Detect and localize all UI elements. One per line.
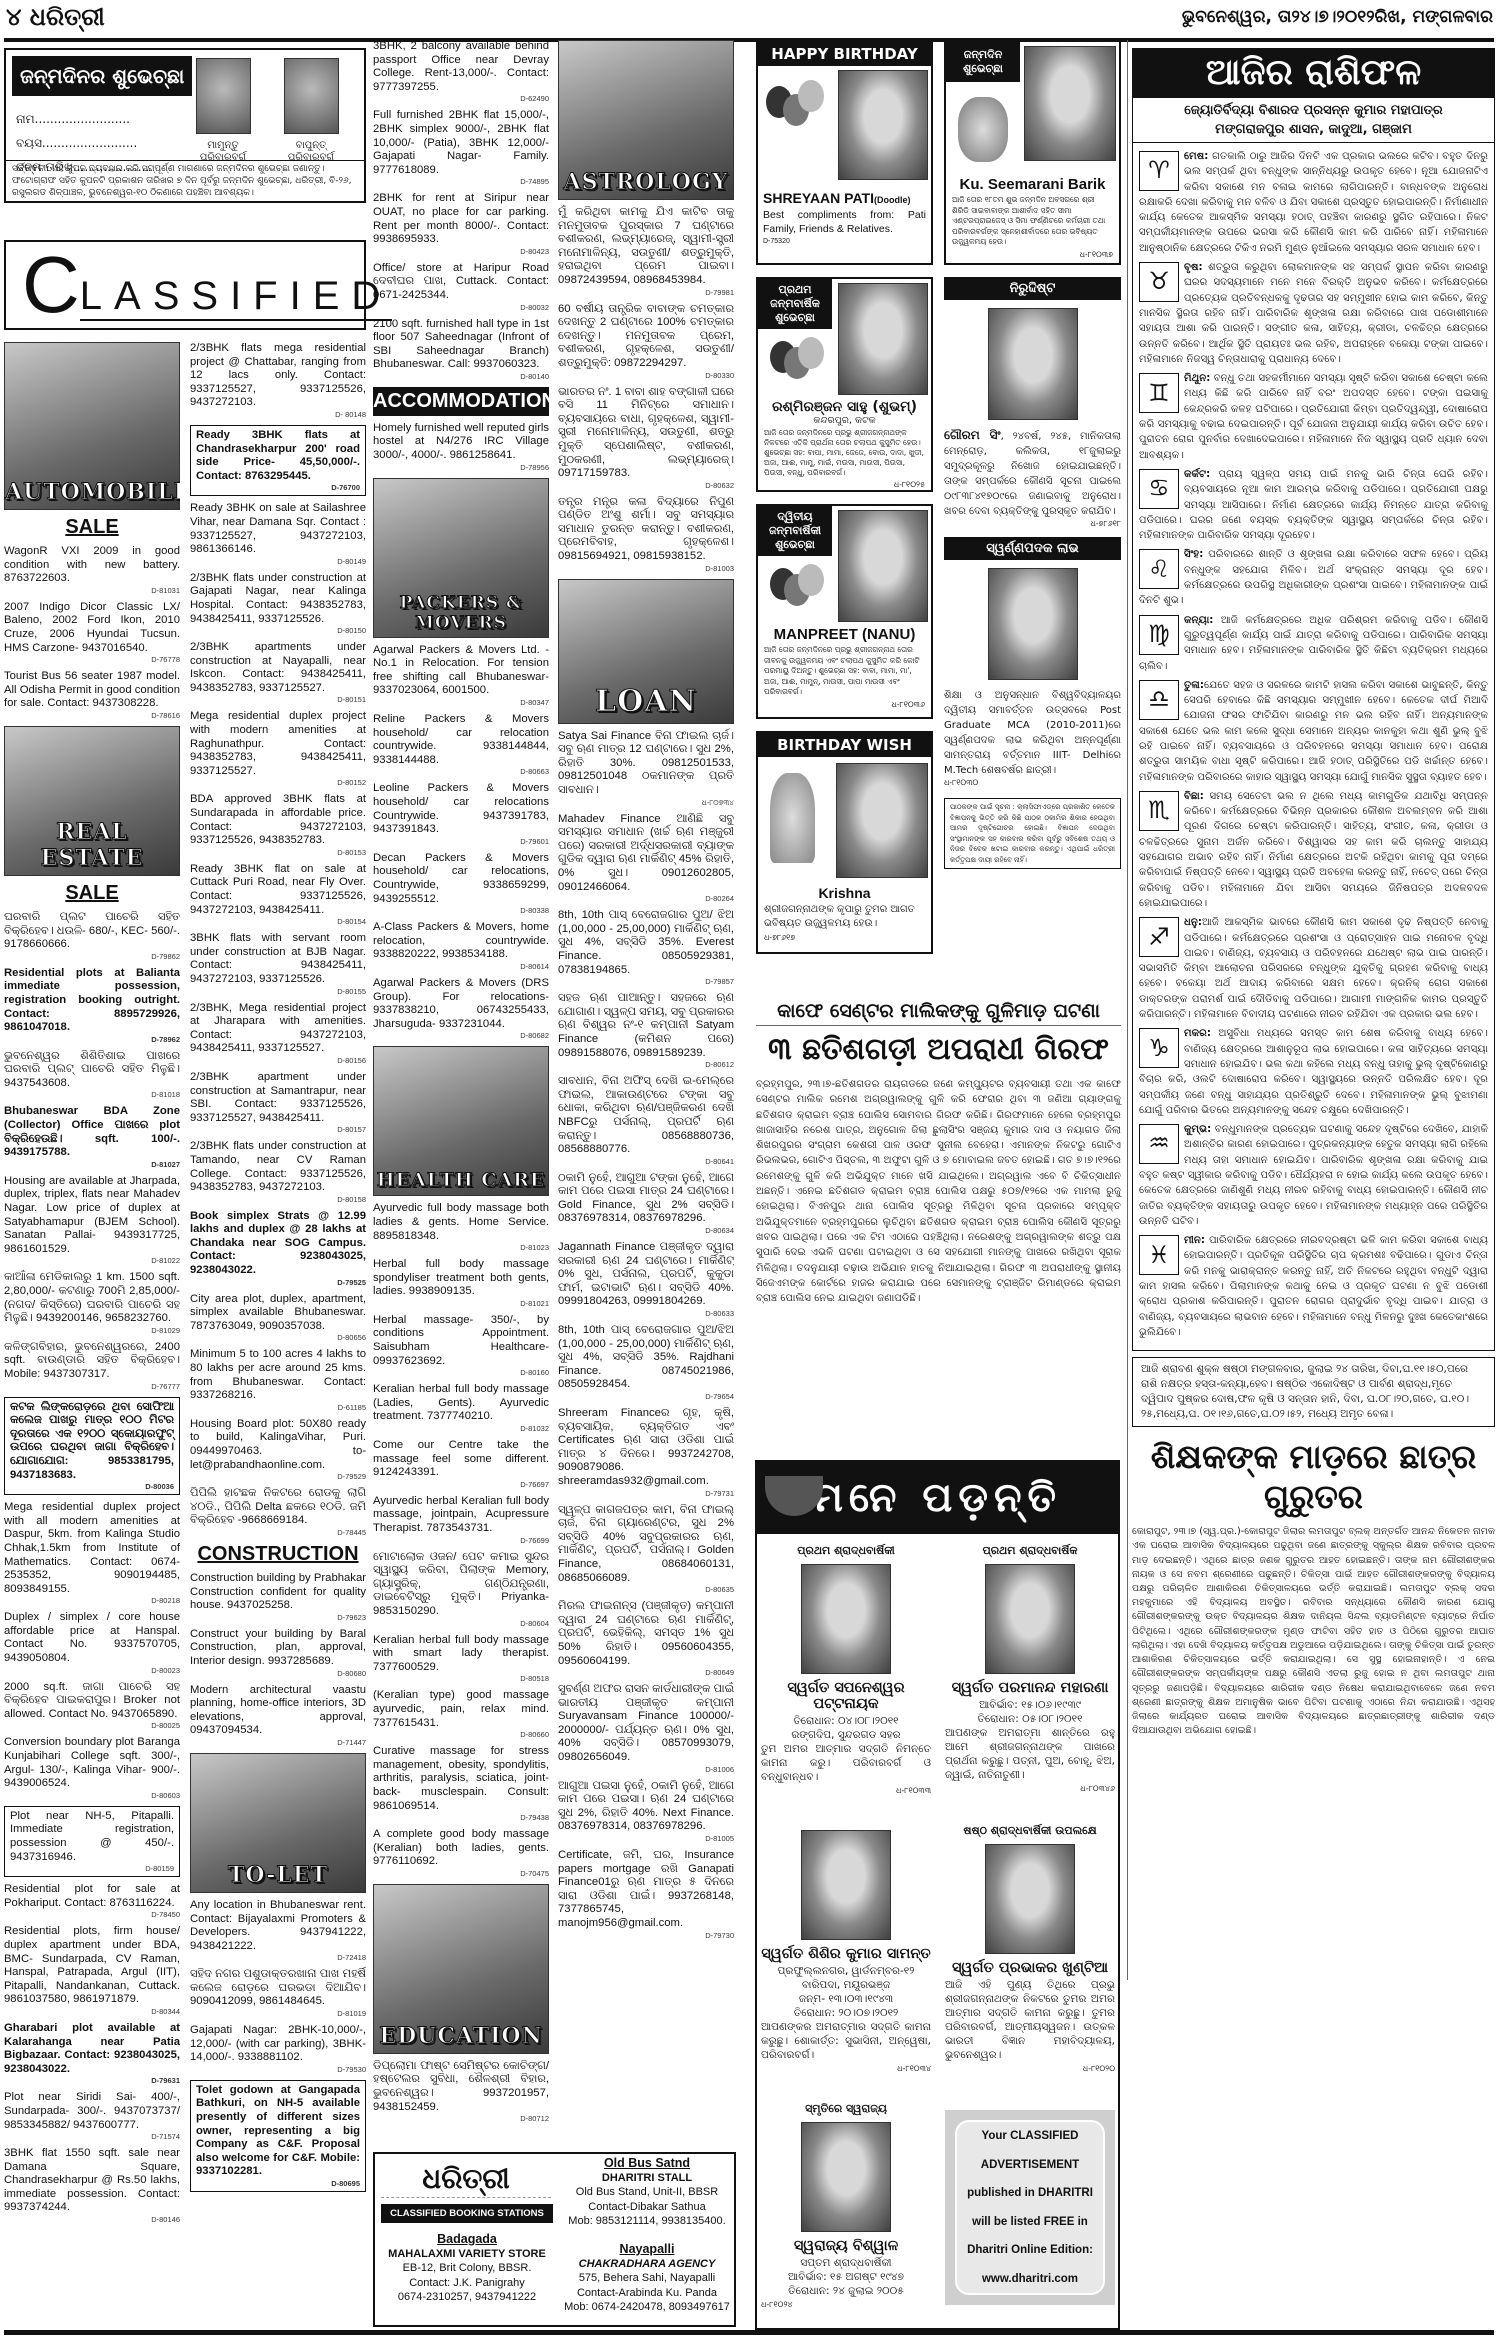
birthday-wish-ad: BIRTHDAY WISH Krishna ଶ୍ରୀଜଗନ୍ନାଥଙ୍କ କୃପ… (756, 731, 933, 954)
sign-name: ବୃଷ: (1184, 262, 1203, 273)
obituary: ସ୍ମୃତିରେ ସ୍ୱରାଜ୍ୟ ସ୍ୱରାଜ୍ୟ ବିଶ୍ୱାଳ ସପ୍ତମ… (761, 2102, 931, 2312)
classified-ad: Mega residential duplex project with mod… (190, 710, 366, 787)
ad-code: D-80632 (558, 481, 734, 490)
ad-code: D-80695 (196, 2179, 360, 2188)
graduate-photo (988, 568, 1078, 680)
automobile-image: AUTOMOBILE (4, 342, 180, 510)
ad-text: 3BHK, 2 balcony available behind passpor… (373, 40, 549, 93)
zodiac-sign-icon: ♑ (1139, 1028, 1179, 1068)
ad-text: Residential plots, firm house/ duplex ap… (4, 1925, 180, 2005)
horoscope-sign: ♋କର୍କଟ: ପ୍ରାୟ ସ୍ୱଳ୍ପ ସମୟ ପାଇଁ ମନକୁ ଭାରି … (1139, 467, 1488, 543)
sign-name: ମୀନ: (1184, 1235, 1205, 1246)
ad-text: Tolet godown at Gangapada Bathkuri, on N… (196, 2084, 360, 2178)
ad-text: ମୁଁ କରିଥିବା କାମକୁ ଯିଏ କାଟିବ ତାକୁ ମନମୁତାବ… (558, 206, 734, 286)
classified-ad: 3BHK flat 1550 sqft. sale near Damana Sq… (4, 2147, 180, 2224)
ad-text: ଡିପ୍ଲୋମା ଫାଷ୍ଟ ସେମିଷ୍ଟର କୋଚିଙ୍ଗ/ ହଷ୍ଟେଲର… (373, 2060, 549, 2113)
classified-ad: 3BHK, 2 balcony available behind passpor… (373, 40, 549, 103)
ad-code: D-79623 (190, 1613, 366, 1622)
classified-ad: Tolet godown at Gangapada Bathkuri, on N… (190, 2080, 366, 2192)
ad-text: Minimum 5 to 100 acres 4 lakhs to 80 lak… (190, 1348, 366, 1401)
ad-text: Ready 3BHK flat on sale at Cuttack Puri … (190, 863, 366, 916)
ad-text: Satya Sai Finance ବିନା ଫାଇଲ ଚାର୍ଜ। ସବୁ ଋ… (558, 730, 734, 796)
booking-station-badagada: Badagada MAHALAXMI VARIETY STORE EB-12, … (381, 2232, 553, 2305)
ad-text: Agarwal Packers & Movers Ltd. - No.1 in … (373, 644, 549, 697)
missing-person-notice: ନିରୁଦ୍ଦିଷ୍ଟ ଗୌରମ ସିଂ, ୨୪ବର୍ଷ, ୨୪୫, ମାନିକ… (944, 277, 1121, 529)
ad-text: ସହିଦ ନଗର ପଶୁଡାକ୍ତରଖାନା ପାଖ ମହର୍ଷି କଲେଜ ର… (190, 1968, 366, 2007)
classified-ad: ମୁଁ କରିଥିବା କାମକୁ ଯିଏ କାଟିବ ତାକୁ ମନମୁତାବ… (558, 206, 734, 297)
website-link[interactable]: www.dharitri.com (982, 2273, 1078, 2285)
ad-text: Mahadev Finance ଆଣିଛି ସବୁ ସମସ୍ୟାର ସମାଧାନ… (558, 813, 734, 893)
ad-text: Leoline Packers & Movers household/ car … (373, 782, 549, 835)
zodiac-sign-icon: ♐ (1139, 917, 1179, 957)
classified-ad: Residential plots at Balianta immediate … (4, 967, 180, 1044)
ad-code: D-81031 (4, 586, 180, 595)
ad-text: 2000 sq.ft. ଜାଗା ପାଚେରି ସହ ବିକ୍ରିହେବ ପାଇ… (4, 1681, 180, 1720)
classified-ad: Homely furnished well reputed girls host… (373, 422, 549, 472)
ad-text: City area plot, duplex, apartment, simpl… (190, 1293, 366, 1332)
classified-ad: 2BHK for rent at Siripur near OUAT, no p… (373, 192, 549, 255)
ad-text: ଭାରତର ନଂ. 1 ବାବା ଶାହ ବଙ୍ଗାଳୀ ଘରେ ବସି 11 … (558, 386, 734, 480)
ad-code: D-79862 (4, 952, 180, 961)
ad-text: ଠକାମି ନୁହେଁ, ଆଗୁଆ ଟଙ୍କା ନୁହେଁ, ଆଗେ କାମ ପ… (558, 1172, 734, 1225)
classified-ad: ଠକାମି ନୁହେଁ, ଆଗୁଆ ଟଙ୍କା ନୁହେଁ, ଆଗେ କାମ ପ… (558, 1172, 734, 1235)
classified-ad: 2000 sq.ft. ଜାଗା ପାଚେରି ସହ ବିକ୍ରିହେବ ପାଇ… (4, 1681, 180, 1731)
classified-ad: 60 ବର୍ଷୀୟ ତାନ୍ତ୍ରିକ ବାବାଙ୍କ ଚମତ୍କାର ଦେଖନ… (558, 303, 734, 380)
horoscope-sign: ♏ବିଛା: ସମୟ ସେତେଟା ଭଲ ନ ଥିଲେ ମଧ୍ୟ କାମଗୁଡି… (1139, 789, 1488, 911)
sign-forecast: ଆଜି ଆକସ୍ମିକ ଭାବରେ କୌଣସି କାମ ସକାଶେ ଦୃଢ ନି… (1139, 917, 1488, 1020)
ad-code: D-81029 (4, 1326, 180, 1335)
packers-movers-image: PACKERS & MOVERS (373, 478, 549, 638)
horoscope-sign: ♒କୁମ୍ଭ: ବନ୍ଧୁମାନଙ୍କ ପ୍ରତ୍ୟେକ ଘଟଣାକୁ ସନ୍ଦ… (1139, 1122, 1488, 1229)
classified-ad: 8th, 10th ପାସ୍ ବେରୋଜଗାର ପୁଅ/ଝିଅ (1,00,00… (558, 1324, 734, 1401)
ad-code: D-80159 (10, 1864, 174, 1873)
zodiac-sign-icon: ♉ (1139, 262, 1179, 302)
almanac-panjika: ଆଜି ଶ୍ରାବଣ ଶୁକ୍ଳ ଷଷ୍ଠୀ ମଙ୍ଗଳବାର, ଜୁଲାଇ ୨… (1132, 1357, 1495, 1427)
zodiac-sign-icon: ♋ (1139, 469, 1179, 509)
ad-code: D-80518 (373, 1674, 549, 1683)
ad-code: D-78450 (4, 1910, 180, 1919)
coupon-terms: ସର୍ତ୍ତାବଳୀ: ଏହି କୁପନ ବ୍ୟବହାର କରି ସମ୍ପୂର୍… (6, 160, 364, 201)
ad-text: ସ୍ୱଳ୍ପ କାଗଜପତ୍ର କାମ, ବିନା ଫାଇଲ୍ ଚାର୍ଜ, ବ… (558, 1504, 734, 1584)
section-heading-accommodation: ACCOMMODATION (373, 387, 549, 416)
coupon-field-age: ବୟସ......................... (16, 136, 137, 151)
news-headline: ଶିକ୍ଷକଙ୍କ ମାଡ଼ରେ ଛାତ୍ର ଗୁରୁତର (1132, 1437, 1495, 1517)
ad-text: 2/3BHK flats under construction at Taman… (190, 1140, 366, 1193)
ad-code: D-80264 (558, 894, 734, 903)
classified-ad: Bhubaneswar BDA Zone (Collector) Office … (4, 1105, 180, 1168)
classified-ad: 2100 sqft. furnished hall type in 1st fl… (373, 318, 549, 381)
ad-code: D-80680 (190, 1669, 366, 1678)
ad-code: D-76697 (373, 1480, 549, 1489)
horoscope-sign: ♌ସିଂହ: ପରିବାରରେ ଶାନ୍ତି ଓ ଶୃଙ୍ଖଳା ରକ୍ଷା କ… (1139, 547, 1488, 608)
ad-code: D-81021 (373, 1299, 549, 1308)
classified-ad: Office/ store at Haripur Road ଦେବୀଘର ପାଖ… (373, 262, 549, 312)
ad-code: D-80149 (190, 557, 366, 566)
ad-text: ସାବଧାନ, ବିନା ଅଫିସ୍ ଦେଖି ଇ-ମେଲ୍‌ରେ ଫାଇଲ, … (558, 1075, 734, 1155)
ad-text: Agarwal Packers & Movers (DRS Group). Fo… (373, 977, 549, 1030)
ad-code: ଧ-୭୮୬୧୭ (758, 933, 931, 946)
portrait-photo (836, 763, 928, 878)
ad-text: Keralian herbal full body massage (Ladie… (373, 1383, 549, 1422)
ad-text: Certificate, ଜମି, ଘର, Insurance papers m… (558, 1849, 734, 1929)
ad-text: ମୋଟାଲୋକ ଓଜନ/ ପେଟ କମାଇ ସୁନ୍ଦର ସ୍ୱାସ୍ଥ୍ୟ କ… (373, 1551, 549, 1617)
sign-forecast: ବନ୍ଧୁମାନଙ୍କ ପ୍ରତ୍ୟେକ ଘଟଣାକୁ ସନ୍ଦେହ ଦୃଷ୍ଟ… (1139, 1124, 1488, 1227)
ad-code: D-79730 (558, 1931, 734, 1940)
ad-code: D-80025 (4, 1721, 180, 1730)
ad-text: 2BHK for rent at Siripur near OUAT, no p… (373, 192, 549, 245)
classified-ad: 8th, 10th ପାସ୍ ବେରୋଜଗାର ପୁଅ/ ଝିଅ (1,00,0… (558, 909, 734, 986)
ad-code: D-71574 (4, 2132, 180, 2141)
obituary: ସ୍ୱର୍ଗତ ଶିଶିର କୁମାର ସାମନ୍ତ ପ୍ରଫୁଲ୍ଲନଗର, … (761, 1830, 931, 2076)
ad-code: D-75320 (758, 238, 931, 245)
ad-text: Keralian herbal full body massage with s… (373, 1634, 549, 1673)
ad-text: Residential plots at Balianta immediate … (4, 967, 180, 1033)
ad-text: A complete good body massage (Keralian) … (373, 1828, 549, 1867)
classified-ad: Mahadev Finance ଆଣିଛି ସବୁ ସମସ୍ୟାର ସମାଧାନ… (558, 813, 734, 904)
ad-code: D-81019 (190, 2009, 366, 2018)
ad-text: Conversion boundary plot Baranga Kunjabi… (4, 1736, 180, 1789)
ad-code: D-80614 (373, 962, 549, 971)
child-photo (838, 70, 928, 180)
classified-ad: City area plot, duplex, apartment, simpl… (190, 1293, 366, 1343)
ad-code: D-80032 (373, 303, 549, 312)
ad-text: Mega residential duplex project with all… (4, 1501, 180, 1595)
ad-text: 2/3BHK flats under construction at Gajap… (190, 572, 366, 625)
ad-text: ତନ୍ତ୍ର ମନ୍ତ୍ର କଳା ବିଦ୍ୟାରେ ନିପୁଣ ପଣ୍ଡିତ … (558, 496, 734, 562)
ad-code: D-79525 (190, 1278, 366, 1287)
ad-code: D-80712 (373, 2114, 549, 2123)
ad-code: D-76699 (373, 1536, 549, 1545)
classified-ad: Conversion boundary plot Baranga Kunjabi… (4, 1736, 180, 1799)
classified-ad: ପିପିଲି ହାଟଛକ ନିକଟରେ ରୋଡକୁ ଲାଗି ୪୦ଡି., ପି… (190, 1487, 366, 1537)
ad-code: D-80347 (373, 698, 549, 707)
ad-code: D-78445 (190, 1528, 366, 1537)
ad-code: D-74895 (373, 177, 549, 186)
ad-text: 2/3BHK apartments under construction at … (190, 641, 366, 694)
ad-code: ଧ-୮୦୭୩୪ (558, 798, 734, 807)
booking-station-nayapalli: Nayapalli CHAKRADHARA AGENCY 575, Behera… (561, 2242, 733, 2315)
ad-code: D-76778 (4, 655, 180, 664)
classified-ad: Full furnished 2BHK flat 15,000/-, 2BHK … (373, 109, 549, 186)
mane-padanti-obituaries: ମନେ ପଡ଼ନ୍ତି ପ୍ରଥମ ଶ୍ରାଦ୍ଧବାର୍ଷିକୀ ସ୍ୱର୍ଗ… (755, 1460, 1120, 2330)
banner-word: LASSIFIED (80, 274, 393, 321)
classified-ad: କଳିଙ୍ଗବିହାର, ଭୁବନେଶ୍ୱରରେ, 2400 sqft. ବାଉ… (4, 1341, 180, 1391)
balloons-icon (758, 329, 931, 391)
sign-forecast: ଶତ୍ରୁତା କରୁଥିବା ଲୋକମାନଙ୍କ ସହ ସମ୍ପର୍କ ସ୍ଥ… (1139, 262, 1488, 365)
classified-ad: ଭାରତର ନଂ. 1 ବାବା ଶାହ ବଙ୍ଗାଳୀ ଘରେ ବସି 11 … (558, 386, 734, 490)
ad-code: D-79981 (558, 288, 734, 297)
ad-text: Mega residential duplex project with mod… (190, 710, 366, 776)
dateline: ଭୁବନେଶ୍ୱର, ତା୨୪।୭।୨୦୧୨ରିଖ, ମଙ୍ଗଳବାର (1182, 7, 1493, 27)
zodiac-sign-icon: ♏ (1139, 791, 1179, 831)
zodiac-sign-icon: ♈ (1139, 151, 1179, 191)
classified-ad: Book simplex Strats @ 12.99 lakhs and du… (190, 1210, 366, 1287)
ad-text: Ready 3BHK flats at Chandrasekharpur 200… (196, 429, 360, 482)
ad-text: ସୁବର୍ଣ୍ଣ ଅଫର ରାସନ କାର୍ଡଧାରୀଙ୍କ ପାଇଁ ଭାରତ… (558, 1683, 734, 1763)
horoscope-sign: ♓ମୀନ: ପାରିବାରିକ କ୍ଷେତ୍ରରେ ନୀରବଦ୍ରଷ୍ଟା ଭଳ… (1139, 1233, 1488, 1340)
ad-code: D-81003 (558, 564, 734, 573)
ad-code: ଧ-୭୮୬୧୮ (944, 519, 1121, 529)
ad-code: D-80612 (558, 1060, 734, 1069)
classified-ad: Agarwal Packers & Movers (DRS Group). Fo… (373, 977, 549, 1040)
ad-text: Gajapati Nagar: 2BHK-10,000/-, 12,000/- … (190, 2024, 366, 2063)
sign-name: କନ୍ୟା: (1184, 615, 1213, 626)
ad-text: 2100 sqft. furnished hall type in 1st fl… (373, 318, 549, 371)
ad-text: କଟକ ଲିଙ୍କରୋଡ଼ରେ ଥିବା ସୋଫିଆ କଲେଜ ପାଖରୁ ମା… (10, 1401, 174, 1481)
ad-text: Decan Packers & Movers household/ car re… (373, 852, 549, 905)
greetings-column-right: ଜନ୍ମଦିନ ଶୁଭେଚ୍ଛା Ku. Seemarani Barik ଆଜି… (944, 40, 1121, 869)
ad-text: Reline Packers & Movers household/ car r… (373, 713, 549, 766)
ad-text: କଳିଙ୍ଗବିହାର, ଭୁବନେଶ୍ୱରରେ, 2400 sqft. ବାଉ… (4, 1341, 180, 1380)
ad-code: D-80153 (190, 848, 366, 857)
ad-code: D-80218 (4, 1596, 180, 1605)
column-real-estate-construction: 2/3BHK flats mega residential project @ … (190, 342, 366, 2327)
ad-code: D-80344 (4, 2007, 180, 2016)
zodiac-sign-icon: ♌ (1139, 549, 1179, 589)
ad-code: D-80663 (373, 767, 549, 776)
ad-code: D-80641 (558, 1157, 734, 1166)
ad-text: Construct your building by Baral Constru… (190, 1628, 366, 1667)
sample-photo-man (284, 58, 339, 134)
classified-ad: ଡିପ୍ଲୋମା ଫାଷ୍ଟ ସେମିଷ୍ଟର କୋଚିଙ୍ଗ/ ହଷ୍ଟେଲର… (373, 2060, 549, 2123)
ad-code: D-70475 (373, 1869, 549, 1878)
flower-bouquet-icon (770, 773, 815, 863)
horoscope-signs: ♈ମେଷ: ଗତକାଲି ଠାରୁ ଆଜିର ଦିନଟି ଏକ ପ୍ରକାର ଭ… (1132, 143, 1495, 1351)
second-birthday-ad: ଦ୍ୱିତୀୟ ଜନ୍ମବାର୍ଷିକୀ ଶୁଭେଚ୍ଛା MANPREET (… (756, 504, 933, 719)
ad-text: Plot near NH-5, Pitapalli. Immediate reg… (10, 1810, 174, 1863)
ad-text: 2007 Indigo Dicor Classic LX/ Baleno, 20… (4, 601, 180, 654)
ad-code: D-80158 (190, 1195, 366, 1204)
classified-ad: Duplex / simplex / core house affordable… (4, 1611, 180, 1674)
ad-code: D-79529 (190, 1472, 366, 1481)
birthday-coupon: ଜନ୍ମଦିନର ଶୁଭେଚ୍ଛା ନାମ...................… (4, 48, 366, 203)
booking-stations-label: CLASSIFIED BOOKING STATIONS (381, 2204, 553, 2223)
ad-code: D-80656 (190, 1333, 366, 1342)
horoscope-sign: ♉ବୃଷ: ଶତ୍ରୁତା କରୁଥିବା ଲୋକମାନଙ୍କ ସହ ସମ୍ପର… (1139, 260, 1488, 367)
ad-code: D-78956 (373, 463, 549, 472)
page-number-and-paper-name: ୪ ଧରିତ୍ରୀ (6, 3, 105, 31)
ad-text: Plot near Siridi Sai- 400/-, Sundarpada-… (4, 2091, 180, 2130)
gold-medal-notice: ସ୍ୱର୍ଣ୍ଣପଦକ ଲାଭ ଶିକ୍ଷା ଓ ଅନୁସନ୍ଧାନ ବିଶ୍ୱ… (944, 537, 1121, 788)
ad-text: 2/3BHK apartment under construction at S… (190, 1071, 366, 1124)
classified-ad: ଆଗୁଆ ପଇସା ନୁହେଁ, ଠକାମି ନୁହେଁ, ଆଗେ କାମ ପର… (558, 1780, 734, 1843)
zodiac-sign-icon: ♊ (1139, 373, 1179, 413)
ad-text: WagonR VXI 2009 in good condition with n… (4, 545, 180, 584)
classified-ad: ସୁବର୍ଣ୍ଣ ଅଫର ରାସନ କାର୍ଡଧାରୀଙ୍କ ପାଇଁ ଭାରତ… (558, 1683, 734, 1774)
news-body: ବ୍ରହ୍ମପୁର, ୨୩।୭-ଛତିଶଗଡର ରାୟଗଡରେ ଜଣେ କମ୍ପ… (756, 1077, 1121, 1306)
horoscope-sign: ♊ମିଥୁନ: ବନ୍ଧୁ ତଥା ସହକର୍ମୀମାନେ ସମସ୍ୟା ସୃଷ… (1139, 371, 1488, 463)
ad-code: D-80338 (373, 906, 549, 915)
classified-ad: Any location in Bhubaneswar rent. Contac… (190, 1899, 366, 1962)
ad-code: D-78962 (4, 1035, 180, 1044)
ad-text: Any location in Bhubaneswar rent. Contac… (190, 1899, 366, 1952)
classified-ad: Certificate, ଜମି, ଘର, Insurance papers m… (558, 1849, 734, 1940)
sign-name: କୁମ୍ଭ: (1184, 1124, 1211, 1135)
classified-ad: 2/3BHK flats under construction at Gajap… (190, 572, 366, 635)
sign-forecast: ସମୟ ସେତେଟା ଭଲ ନ ଥିଲେ ମଧ୍ୟ କାମଗୁଡିକ ଯଥାବି… (1139, 791, 1488, 909)
real-estate-image: REAL ESTATE (4, 726, 180, 876)
classified-ad: କଟକ ଲିଙ୍କରୋଡ଼ରେ ଥିବା ସୋଫିଆ କଲେଜ ପାଖରୁ ମା… (4, 1397, 180, 1496)
ad-code: D-80633 (558, 1309, 734, 1318)
ad-code: D-80330 (558, 371, 734, 380)
classified-ad: Gajapati Nagar: 2BHK-10,000/-, 12,000/- … (190, 2024, 366, 2074)
ad-code: D-79631 (4, 2076, 180, 2085)
classified-ad: Keralian herbal full body massage (Ladie… (373, 1383, 549, 1433)
ad-text: Duplex / simplex / core house affordable… (4, 1611, 180, 1664)
sign-name: ଧନୁ: (1184, 917, 1202, 928)
ad-code: D-80649 (558, 1668, 734, 1677)
obituary: ପ୍ରଥମ ଶ୍ରାଦ୍ଧବାର୍ଷିକ ସ୍ୱର୍ଗତ ପରମାନନ୍ଦ ମହ… (945, 1544, 1115, 1796)
ad-text: (Keralian type) good massage ayurvedic, … (373, 1689, 549, 1728)
classified-ad: Tourist Bus 56 seater 1987 model. All Od… (4, 670, 180, 720)
classified-ad: Housing are available at Jharpada, duple… (4, 1175, 180, 1266)
sample-photo-child (196, 58, 251, 134)
zodiac-sign-icon: ♎ (1139, 680, 1179, 720)
free-listing-promo: Your CLASSIFIED ADVERTISEMENT published … (945, 2110, 1115, 2305)
obituary-photo (801, 1830, 891, 1940)
greeting-body: Best compliments from: Pati Family, Frie… (758, 206, 931, 238)
column-rent-services: 3BHK, 2 balcony available behind passpor… (373, 40, 549, 2145)
ad-code: D-80023 (4, 1666, 180, 1675)
ad-text: Curative massage for stress management, … (373, 1745, 549, 1811)
ad-text: Homely furnished well reputed girls host… (373, 422, 549, 461)
sign-forecast: ଗତକାଲି ଠାରୁ ଆଜିର ଦିନଟି ଏକ ପ୍ରକାର ଭଲରେ କଟ… (1139, 151, 1488, 254)
classified-ad: Minimum 5 to 100 acres 4 lakhs to 80 lak… (190, 1348, 366, 1411)
ad-code: D-62490 (373, 94, 549, 103)
classified-ad: 3BHK flats with servant room under const… (190, 932, 366, 995)
greeting-body: ଆଜି ତୋର ଜନ୍ମଦିନରେ ପ୍ରଭୁ ଶ୍ରୀଜଗନ୍ନାଥଙ୍କ ନ… (758, 426, 931, 480)
ad-code: D-80660 (373, 1730, 549, 1739)
zodiac-sign-icon: ♍ (1139, 615, 1179, 655)
classified-ad: ମୋଟାଲୋକ ଓଜନ/ ପେଟ କମାଇ ସୁନ୍ଦର ସ୍ୱାସ୍ଥ୍ୟ କ… (373, 1551, 549, 1628)
classified-ad: Ayurvedic full body massage both ladies … (373, 1202, 549, 1252)
ad-text: Herbal massage- 350/-, by conditions App… (373, 1314, 549, 1367)
ad-code: D-81032 (373, 1424, 549, 1433)
bottom-rule (4, 2330, 1494, 2335)
ad-text: Ayurvedic herbal Keralian full body mass… (373, 1495, 549, 1534)
ad-text: BDA approved 3BHK flats at Sundarapada i… (190, 793, 366, 846)
classified-ad: BDA approved 3BHK flats at Sundarapada i… (190, 793, 366, 856)
greeting-name: MANPREET (NANU) (758, 626, 931, 643)
ad-code: D-80604 (373, 1619, 549, 1628)
ad-code: D-81022 (4, 1256, 180, 1265)
ad-code: D-80156 (190, 1056, 366, 1065)
greeting-name: Ku. Seemarani Barik (946, 176, 1119, 193)
ad-code: D-76777 (4, 1382, 180, 1391)
ad-code: D-78616 (4, 711, 180, 720)
horoscope-sign: ♍କନ୍ୟା: ଆଜି କର୍ମକ୍ଷେତ୍ରରେ ଅଧିକ ପରିଶ୍ରମ କ… (1139, 613, 1488, 674)
classified-ad: Leoline Packers & Movers household/ car … (373, 782, 549, 845)
ad-text: Housing Board plot: 50X80 ready to build… (190, 1418, 366, 1471)
classified-ad: ମିରଲ ଫାଇନାନ୍ସ (ପଞ୍ଜୀକୃତ) କମ୍ପାନୀ ଦ୍ୱାରା … (558, 1600, 734, 1677)
horoscope-sign: ♑ମକର: ଅସୁବିଧା ମଧ୍ୟରେ ସମସ୍ତ କାମ ଶେଷ କରିବା… (1139, 1026, 1488, 1118)
classified-ad: 2/3BHK apartments under construction at … (190, 641, 366, 704)
section-heading-sale: SALE (4, 516, 180, 539)
classified-ad: ତନ୍ତ୍ର ମନ୍ତ୍ର କଳା ବିଦ୍ୟାରେ ନିପୁଣ ପଣ୍ଡିତ … (558, 496, 734, 573)
ad-text: ସହଜ ଋଣ ପାଆନ୍ତୁ। ସହଜରେ ଋଣ ଯୋଗାଣ। ସ୍ୱଳ୍ପ ସ… (558, 992, 734, 1058)
classified-ad: WagonR VXI 2009 in good condition with n… (4, 545, 180, 595)
obituary: ଷଷ୍ଠ ଶ୍ରାଦ୍ଧବାର୍ଷିକୀ ଉପଲକ୍ଷେ ସ୍ୱର୍ଗତ ପ୍ର… (945, 1824, 1115, 2076)
classified-ad: Herbal massage- 350/-, by conditions App… (373, 1314, 549, 1377)
ad-text: Bhubaneswar BDA Zone (Collector) Office … (4, 1105, 180, 1158)
section-heading-sale: SALE (4, 882, 180, 905)
horoscope-sign: ♎ତୁଳା:ଯେତେ ସହଜ ଓ ସରଳରେ କାମଟି ହାସଲ କରିବା … (1139, 678, 1488, 785)
ad-code: D-81005 (558, 1834, 734, 1843)
ad-text: Ayurvedic full body massage both ladies … (373, 1202, 549, 1241)
ad-code: D-80151 (190, 695, 366, 704)
gold-medal-text: ଶିକ୍ଷା ଓ ଅନୁସନ୍ଧାନ ବିଶ୍ୱବିଦ୍ୟାଳୟର ଦ୍ୱିତୀ… (944, 688, 1121, 778)
classified-ad: 2/3BHK apartment under construction at S… (190, 1071, 366, 1134)
ad-code: D-80682 (373, 1031, 549, 1040)
flower-icon (958, 97, 1008, 162)
ad-text: ଘରବାରି ପ୍ଲଟ ପାଚେରି ସହିତ ବିକ୍ରିହେବ। ଧଉଳି-… (4, 911, 180, 950)
classified-ad: ସାବଧାନ, ବିନା ଅଫିସ୍ ଦେଖି ଇ-ମେଲ୍‌ରେ ଫାଇଲ, … (558, 1075, 734, 1166)
classified-booking-stations: ଧରିତ୍ରୀ CLASSIFIED BOOKING STATIONS Bada… (373, 2152, 736, 2327)
seemarani-birthday-ad: ଜନ୍ମଦିନ ଶୁଭେଚ୍ଛା Ku. Seemarani Barik ଆଜି… (944, 40, 1121, 265)
ad-text: ପିପିଲି ହାଟଛକ ନିକଟରେ ରୋଡକୁ ଲାଗି ୪୦ଡି., ପି… (190, 1487, 366, 1526)
ad-text: Construction building by Prabhakar Const… (190, 1572, 366, 1611)
greeting-name: ରଶ୍ମିରଞ୍ଜନ ସାହୁ (ଶୁଭମ୍) (758, 399, 931, 415)
ad-text: Housing are available at Jharpada, duple… (4, 1175, 180, 1255)
classified-ad: 2/3BHK, Mega residential project at Jhar… (190, 1002, 366, 1065)
ad-text: 8th, 10th ପାସ୍ ବେରୋଜଗାର ପୁଅ/ ଝିଅ (1,00,0… (558, 909, 734, 975)
greeting-body: ଆଜି ତୋର ୧୮ତମ ଶୁଭ ଜନ୍ମଦିନ ଅବସରରେ ଶ୍ରୀ ଶିର… (946, 193, 1119, 250)
classified-ad: Satya Sai Finance ବିନା ଫାଇଲ ଚାର୍ଜ। ସବୁ ଋ… (558, 730, 734, 807)
ad-code: D-79654 (558, 1392, 734, 1401)
classified-ad: Shreeram Financeର ଗୃହ, କୃଷି, ବ୍ୟବସାୟିକ, … (558, 1407, 734, 1498)
ad-text: Tourist Bus 56 seater 1987 model. All Od… (4, 670, 180, 709)
coupon-field-name: ନାମ......................... (16, 112, 130, 127)
classified-ad: Decan Packers & Movers household/ car re… (373, 852, 549, 915)
classified-ad: Curative massage for stress management, … (373, 1745, 549, 1822)
ad-code: D-79438 (373, 1813, 549, 1822)
classified-ad: Plot near NH-5, Pitapalli. Immediate reg… (4, 1806, 180, 1877)
banner-letter-c: C (22, 245, 80, 325)
horoscope-title: ଆଜିର ରାଶିଫଳ (1132, 48, 1495, 98)
sign-name: ତୁଳା: (1184, 680, 1204, 691)
classified-ad: Reline Packers & Movers household/ car r… (373, 713, 549, 776)
greetings-column-left: HAPPY BIRTHDAY SHREYAAN PATI(Doodle) Bes… (756, 40, 933, 966)
ad-code: D-71447 (190, 1738, 366, 1747)
greeting-name: SHREYAAN PATI(Doodle) (758, 190, 931, 206)
ad-code: D-81018 (4, 1090, 180, 1099)
sign-name: ସିଂହ: (1184, 549, 1203, 560)
sign-forecast: ଯେତେ ସହଜ ଓ ସରଳରେ କାମଟି ହାସଲ କରିବା ସକାଶେ … (1139, 680, 1488, 783)
classified-ad: ଘରବାରି ପ୍ଲଟ ପାଚେରି ସହିତ ବିକ୍ରିହେବ। ଧଉଳି-… (4, 911, 180, 961)
ad-text: 60 ବର୍ଷୀୟ ତାନ୍ତ୍ରିକ ବାବାଙ୍କ ଚମତ୍କାର ଦେଖନ… (558, 303, 734, 369)
ad-text: Office/ store at Haripur Road ଦେବୀଘର ପାଖ… (373, 262, 549, 301)
ad-text: Gharabari plot available at Kalarahanga … (4, 2022, 180, 2075)
ad-code: D-72418 (190, 1953, 366, 1962)
zodiac-sign-icon: ♒ (1139, 1124, 1179, 1164)
classified-ad: Residential plot for sale at Pokhariput.… (4, 1883, 180, 1919)
classified-ad: Construct your building by Baral Constru… (190, 1628, 366, 1678)
obituary: ପ୍ରଥମ ଶ୍ରାଦ୍ଧବାର୍ଷିକୀ ସ୍ୱର୍ଗତ ସପନେଶ୍ୱର ପ… (761, 1544, 931, 1798)
classified-ad: ସହିଦ ନଗର ପଶୁଡାକ୍ତରଖାନା ପାଖ ମହର୍ଷି କଲେଜ ର… (190, 1968, 366, 2018)
education-image: EDUCATION (373, 1884, 549, 2054)
ad-text: କାଆଁଳା ମେଡିକାଲରୁ 1 km. 1500 sqft. 2,80,0… (4, 1271, 180, 1324)
classified-ad: Gharabari plot available at Kalarahanga … (4, 2022, 180, 2085)
masthead: ୪ ଧରିତ୍ରୀ ଭୁବନେଶ୍ୱର, ତା୨୪।୭।୨୦୧୨ରିଖ, ମଙ୍… (0, 0, 1499, 34)
classified-ad: Come our Centre take the massage feel so… (373, 1439, 549, 1489)
ad-code: D-80150 (190, 626, 366, 635)
classified-ad: Keralian herbal full body massage with s… (373, 1634, 549, 1684)
missing-person-photo (988, 308, 1078, 420)
loan-image: LOAN (558, 579, 734, 724)
ad-text: 3BHK flats with servant room under const… (190, 932, 366, 985)
ad-code: D-80146 (4, 2215, 180, 2224)
horoscope-sign: ♐ଧନୁ:ଆଜି ଆକସ୍ମିକ ଭାବରେ କୌଣସି କାମ ସକାଶେ ଦ… (1139, 915, 1488, 1022)
